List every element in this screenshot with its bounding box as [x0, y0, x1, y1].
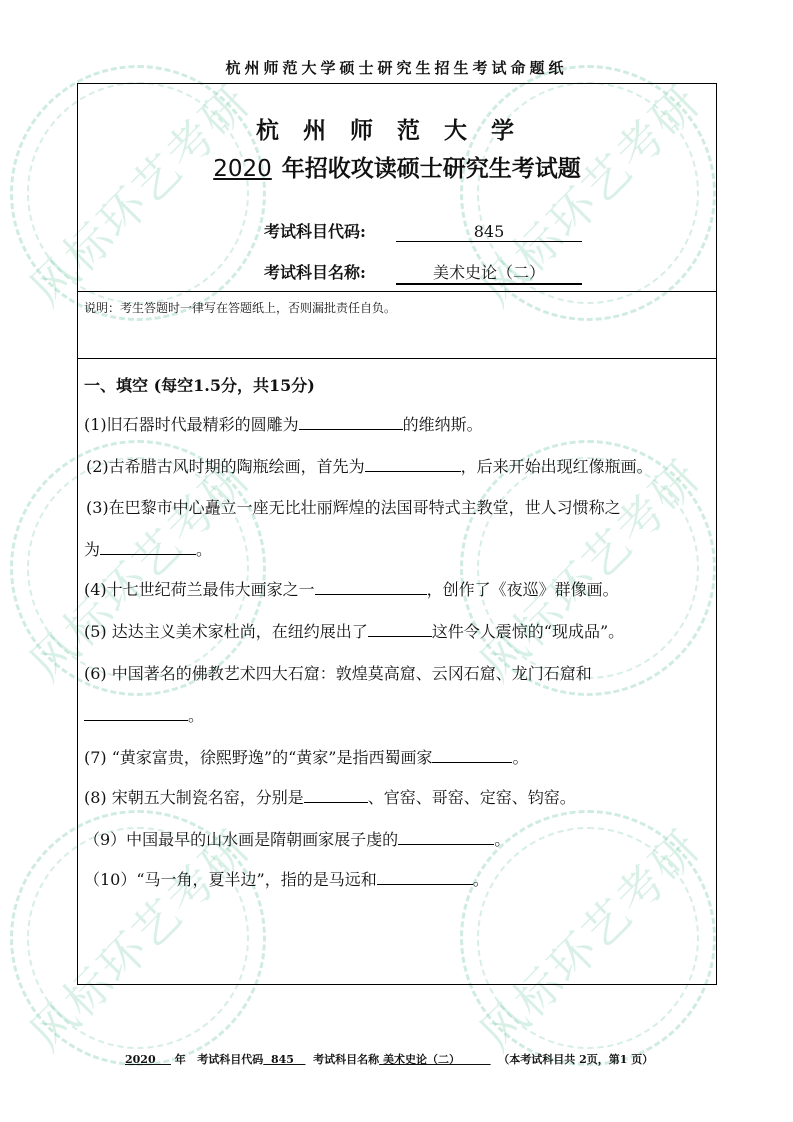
exam-box: 杭州师范大学 2020年招收攻读硕士研究生考试题 考试科目代码:845 考试科目…	[77, 83, 717, 985]
question-4: (4)十七世纪荷兰最伟大画家之一，创作了《夜巡》群像画。	[84, 577, 619, 600]
question-5: (5) 达达主义美术家杜尚，在纽约展出了这件令人震惊的“现成品”。	[84, 619, 624, 642]
exam-title-suffix: 年招收攻读硕士研究生考试题	[282, 155, 581, 182]
subject-name-row: 考试科目名称:美术史论（二）	[264, 260, 582, 285]
question-6-cont: 。	[84, 703, 204, 726]
question-3: (3)在巴黎市中心矗立一座无比壮丽辉煌的法国哥特式主教堂，世人习惯称之	[86, 495, 621, 518]
subject-code-value: 845	[396, 222, 582, 242]
subject-code-row: 考试科目代码:845	[264, 219, 582, 242]
page-footer: 2020 年 考试科目代码 845 考试科目名称 美术史论（二） （本考试科目共…	[125, 1051, 653, 1067]
answer-blank	[299, 415, 403, 430]
answer-blank	[304, 788, 368, 803]
footer-code-value: 845	[271, 1053, 294, 1066]
footer-year-suffix: 年	[175, 1053, 186, 1066]
answer-blank	[84, 706, 188, 721]
paper-header: 杭州师范大学硕士研究生招生考试命题纸	[0, 57, 793, 78]
exam-title-section: 杭州师范大学 2020年招收攻读硕士研究生考试题 考试科目代码:845 考试科目…	[78, 84, 716, 292]
instructions-section: 说明：考生答题时一律写在答题纸上，否则漏批责任自负。	[78, 292, 716, 359]
footer-page-info: （本考试科目共 2页，第1 页）	[498, 1053, 653, 1066]
exam-title: 2020年招收攻读硕士研究生考试题	[78, 150, 716, 183]
footer-name-label: 考试科目名称	[313, 1053, 379, 1066]
answer-blank	[398, 830, 494, 845]
question-7: (7) “黄家富贵，徐熙野逸”的“黄家”是指西蜀画家。	[84, 745, 529, 768]
question-1: (1)旧石器时代最精彩的圆雕为的维纳斯。	[84, 412, 483, 435]
question-6: (6) 中国著名的佛教艺术四大石窟：敦煌莫高窟、云冈石窟、龙门石窟和	[84, 661, 592, 684]
answer-blank	[365, 457, 461, 472]
answer-blank	[377, 870, 473, 885]
exam-year: 2020	[213, 156, 282, 182]
footer-name-value: 美术史论（二）	[383, 1053, 460, 1066]
footer-code-label: 考试科目代码	[197, 1053, 263, 1066]
question-10: （10）“马一角，夏半边”，指的是马远和。	[84, 867, 489, 890]
instructions-text: 说明：考生答题时一律写在答题纸上，否则漏批责任自负。	[84, 299, 396, 316]
university-name: 杭州师范大学	[78, 112, 716, 145]
subject-code-label: 考试科目代码:	[264, 219, 396, 242]
question-8: (8) 宋朝五大制瓷名窑，分别是、官窑、哥窑、定窑、钧窑。	[84, 785, 576, 808]
section-title: 一、填空 (每空1.5分，共15分)	[84, 373, 315, 396]
answer-blank	[432, 748, 512, 763]
question-9: （9）中国最早的山水画是隋朝画家展子虔的。	[84, 827, 510, 850]
answer-blank	[315, 580, 427, 595]
answer-blank	[368, 622, 432, 637]
footer-year: 2020	[125, 1053, 156, 1066]
subject-name-label: 考试科目名称:	[264, 260, 396, 283]
question-2: (2)古希腊古风时期的陶瓶绘画，首先为，后来开始出现红像瓶画。	[86, 454, 653, 477]
subject-name-value: 美术史论（二）	[396, 260, 582, 285]
question-3-cont: 为。	[84, 537, 212, 560]
answer-blank	[100, 540, 196, 555]
